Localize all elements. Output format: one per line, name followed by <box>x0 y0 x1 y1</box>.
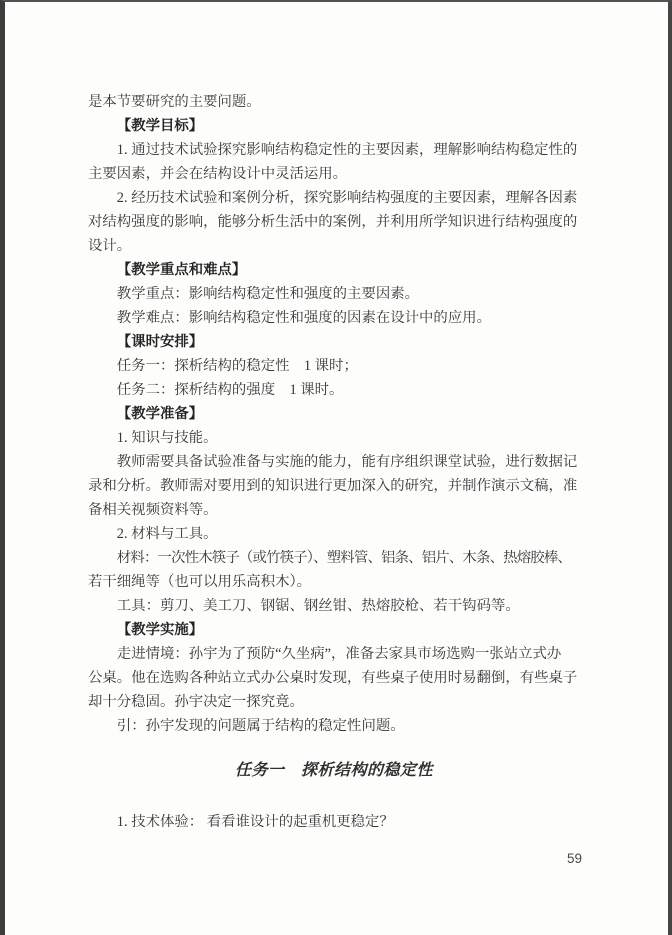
section-heading: 【教学实施】 <box>88 618 580 642</box>
text-line: 引：孙宇发现的问题属于结构的稳定性问题。 <box>88 714 580 738</box>
text-line: 1. 知识与技能。 <box>88 426 580 450</box>
text-block: 是本节要研究的主要问题。【教学目标】1. 通过技术试验探究影响结构稳定性的主要因… <box>88 90 580 738</box>
section-heading: 【教学重点和难点】 <box>88 258 580 282</box>
text-line: 1. 通过技术试验探究影响结构稳定性的主要因素，理解影响结构稳定性的 <box>88 138 580 162</box>
text-line: 任务一：探析结构的稳定性 1 课时； <box>88 354 580 378</box>
text-line: 工具：剪刀、美工刀、钢锯、钢丝钳、热熔胶枪、若干钩码等。 <box>88 594 580 618</box>
text-line: 走进情境：孙宇为了预防“久坐病”，准备去家具市场选购一张站立式办 <box>88 642 580 666</box>
section-heading: 【教学准备】 <box>88 402 580 426</box>
text-line: 主要因素，并会在结构设计中灵活运用。 <box>88 162 580 186</box>
text-line: 2. 材料与工具。 <box>88 522 580 546</box>
document-page: 是本节要研究的主要问题。【教学目标】1. 通过技术试验探究影响结构稳定性的主要因… <box>0 0 672 935</box>
text-line: 材料：一次性木筷子（或竹筷子）、塑料管、铝条、铝片、木条、热熔胶棒、 <box>88 546 580 570</box>
task-section-heading: 任务一 探析结构的稳定性 <box>88 758 580 784</box>
section-heading: 【课时安排】 <box>88 330 580 354</box>
text-line: 是本节要研究的主要问题。 <box>88 90 580 114</box>
text-line: 任务二：探析结构的强度 1 课时。 <box>88 378 580 402</box>
closing-line: 1. 技术体验： 看看谁设计的起重机更稳定？ <box>88 810 580 834</box>
text-line: 2. 经历技术试验和案例分析，探究影响结构强度的主要因素，理解各因素 <box>88 186 580 210</box>
text-line: 备相关视频资料等。 <box>88 498 580 522</box>
text-line: 教师需要具备试验准备与实施的能力，能有序组织课堂试验，进行数据记 <box>88 450 580 474</box>
text-line: 教学难点：影响结构稳定性和强度的因素在设计中的应用。 <box>88 306 580 330</box>
text-line: 设计。 <box>88 234 580 258</box>
text-line: 对结构强度的影响，能够分析生活中的案例，并利用所学知识进行结构强度的 <box>88 210 580 234</box>
text-line: 教学重点：影响结构稳定性和强度的主要因素。 <box>88 282 580 306</box>
text-line: 若干细绳等（也可以用乐高积木）。 <box>88 570 580 594</box>
section-heading: 【教学目标】 <box>88 114 580 138</box>
text-line: 公桌。他在选购各种站立式办公桌时发现，有些桌子使用时易翻倒，有些桌子 <box>88 666 580 690</box>
text-line: 却十分稳固。孙宇决定一探究竟。 <box>88 690 580 714</box>
text-line: 录和分析。教师需对要用到的知识进行更加深入的研究，并制作演示文稿，准 <box>88 474 580 498</box>
page-number: 59 <box>567 850 582 868</box>
